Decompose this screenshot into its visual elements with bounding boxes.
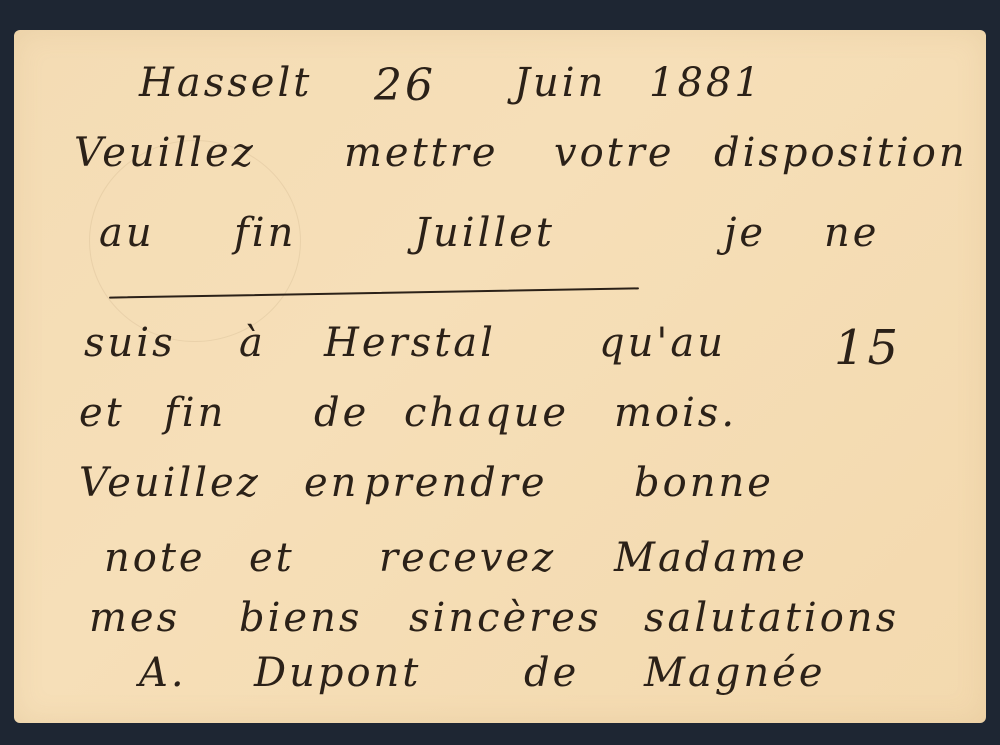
year: 1881	[649, 60, 763, 106]
place: Hasselt	[139, 60, 312, 106]
month: Juin	[514, 60, 606, 106]
day: 26	[374, 60, 436, 111]
postcard: Hasselt 26 Juin 1881 Veuillez mettre vot…	[14, 30, 986, 723]
